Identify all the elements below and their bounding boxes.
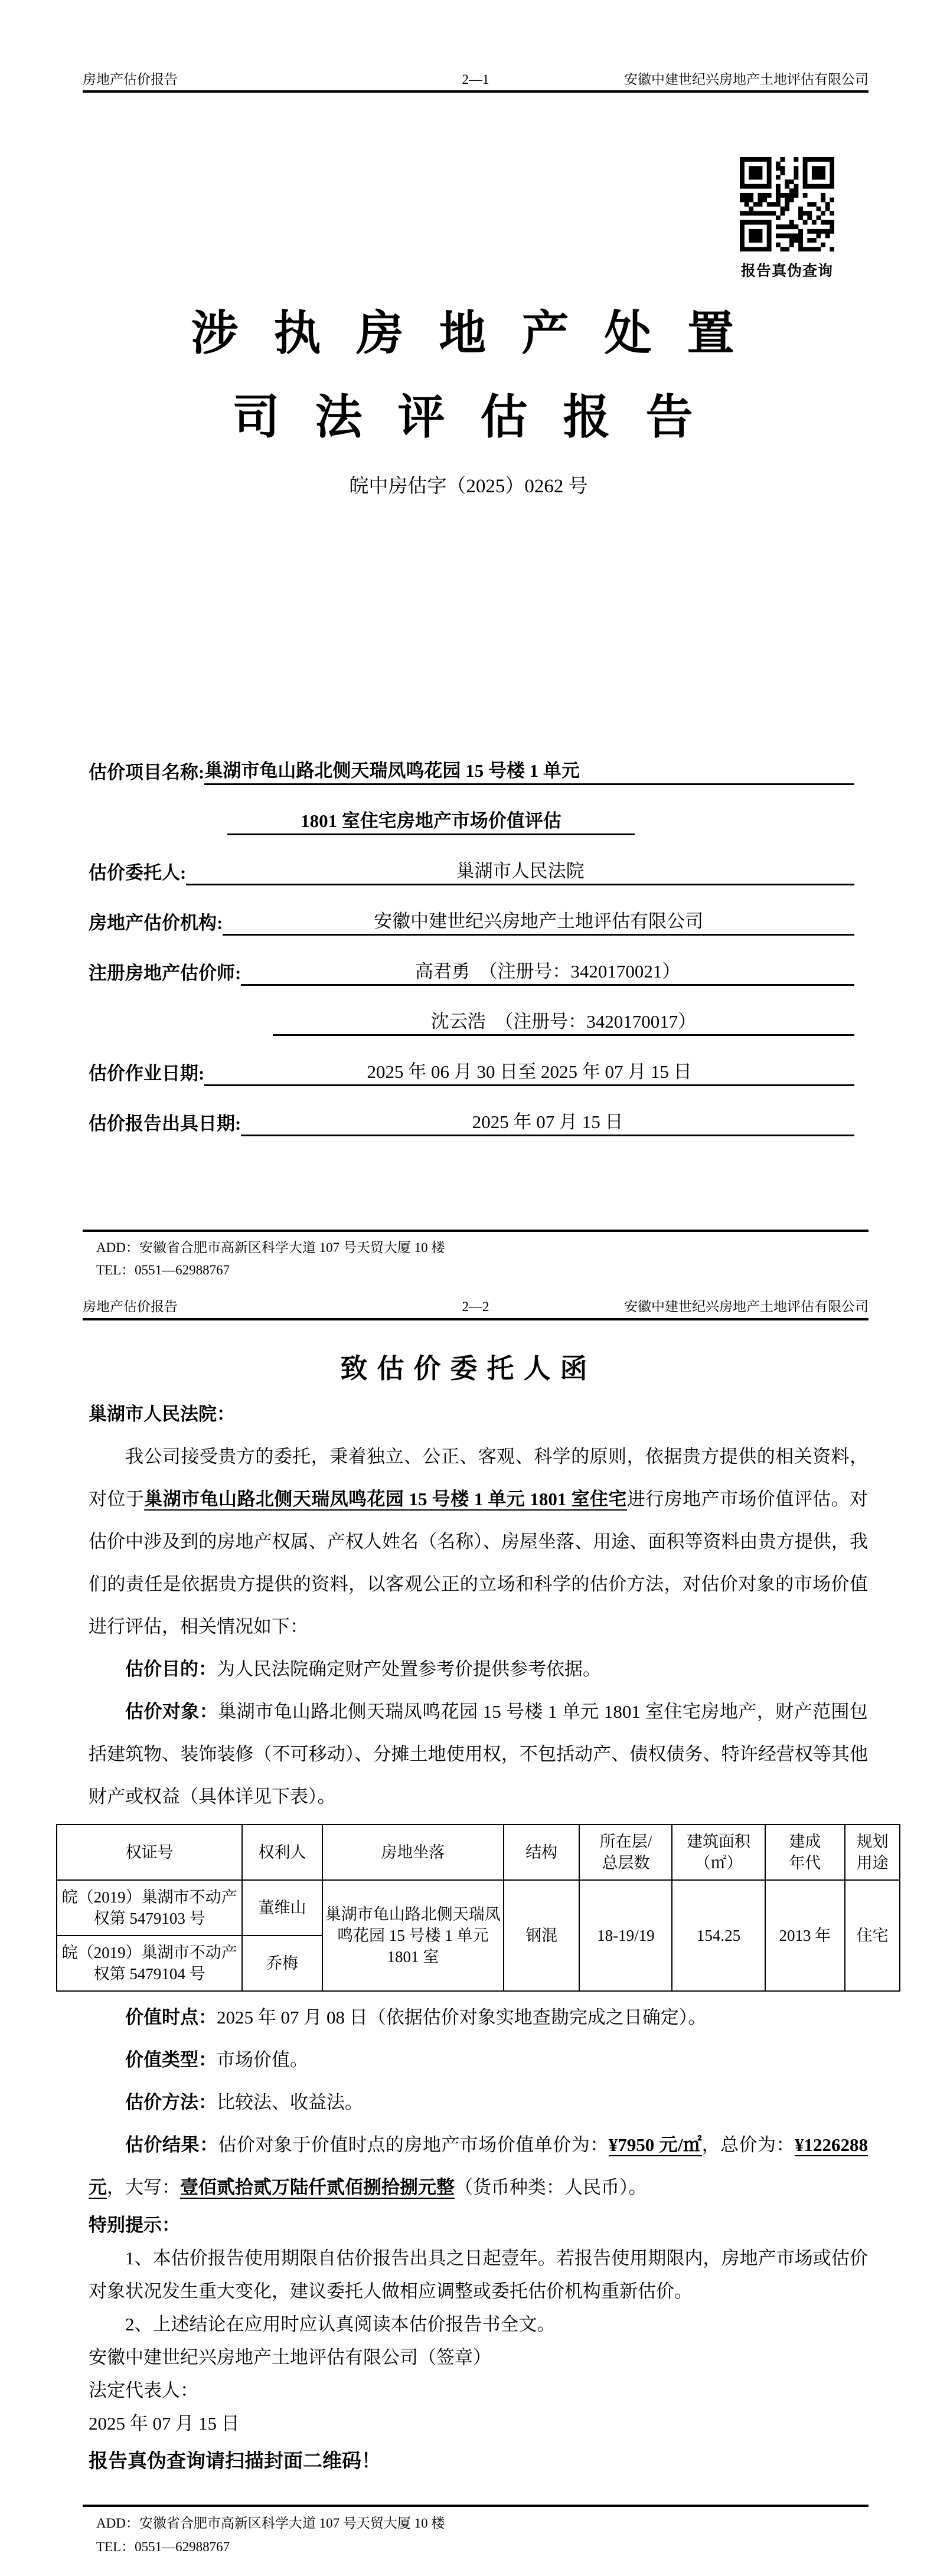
result-pre: 估价对象于价值时点的房地产市场价值单价为： (218, 2134, 608, 2155)
footer-phone: TEL：0551—62988767 (96, 2536, 230, 2555)
field-value: 高君勇 （注册号：3420170021） (241, 956, 854, 986)
purpose-line: 估价目的：为人民法院确定财产处置参考价提供参考依据。 (89, 1648, 868, 1691)
value-type-text: 市场价值。 (217, 2049, 308, 2070)
header-rule (83, 90, 869, 93)
col-area: 建筑面积 （㎡） (672, 1825, 765, 1880)
cell-year: 2013 年 (765, 1880, 845, 1991)
header-company: 安徽中建世纪兴房地产土地评估有限公司 (489, 68, 869, 88)
field-project-name-line2: 1801 室住宅房地产市场价值评估 (89, 807, 854, 835)
col-owner: 权利人 (242, 1825, 322, 1880)
value-date-label: 价值时点： (125, 2007, 217, 2028)
cell-owner-2: 乔梅 (242, 1936, 322, 1991)
header-doc-type: 房地产估价报告 (83, 1296, 462, 1315)
field-agency: 房地产估价机构: 安徽中建世纪兴房地产土地评估有限公司 (89, 907, 854, 936)
letter-salutation: 巢湖市人民法院： (89, 1393, 868, 1436)
result-label: 估价结果： (125, 2134, 218, 2155)
field-issue-date: 估价报告出具日期: 2025 年 07 月 15 日 (89, 1108, 854, 1136)
field-value: 2025 年 06 月 30 日至 2025 年 07 月 15 日 (204, 1057, 854, 1086)
notice-label: 特别提示： (89, 2209, 868, 2242)
col-structure: 结构 (504, 1825, 580, 1880)
field-label: 估价项目名称: (89, 757, 204, 785)
field-value: 2025 年 07 月 15 日 (241, 1107, 854, 1136)
field-label: 估价报告出具日期: (89, 1109, 241, 1136)
report-title-line2: 司 法 评 估 报 告 (233, 392, 705, 444)
field-appraiser-2: 沈云浩 （注册号：3420170017） (89, 1008, 854, 1036)
cell-owner-1: 董维山 (242, 1880, 322, 1936)
footer-address: ADD：安徽省合肥市高新区科学大道 107 号天贸大厦 10 楼 (96, 1237, 445, 1256)
col-use: 规划 用途 (845, 1825, 900, 1880)
result-mid2: ，大写： (107, 2177, 180, 2198)
legal-representative: 法定代表人： (89, 2374, 868, 2407)
para1-post: 进行房地产市场价值评估。对估价中涉及到的房地产权属、产权人姓名（名称）、房屋坐落… (89, 1489, 868, 1637)
value-type-label: 价值类型： (125, 2049, 217, 2070)
doc-number: 皖中房估字（2025）0262 号 (0, 470, 937, 498)
signature-date: 2025 年 07 月 15 日 (89, 2407, 868, 2440)
field-appraiser-1: 注册房地产估价师: 高君勇 （注册号：3420170021） (89, 957, 854, 986)
field-label: 估价作业日期: (89, 1058, 204, 1086)
qr-block: 报告真伪查询 (740, 157, 834, 280)
purpose-label: 估价目的： (125, 1659, 217, 1679)
letter-paragraph-1: 我公司接受贵方的委托，秉着独立、公正、客观、科学的原则，依据贵方提供的相关资料，… (89, 1436, 868, 1648)
cover-fields: 估价项目名称: 巢湖市龟山路北侧天瑞凤鸣花园 15 号楼 1 单元 1801 室… (89, 757, 854, 1158)
field-value: 巢湖市人民法院 (186, 856, 854, 885)
subject-line: 估价对象：巢湖市龟山路北侧天瑞凤鸣花园 15 号楼 1 单元 1801 室住宅房… (89, 1691, 868, 1818)
notices-signature-section: 特别提示： 1、本估价报告使用期限自估价报告出具之日起壹年。若报告使用期限内，房… (89, 2209, 868, 2440)
field-value: 巢湖市龟山路北侧天瑞凤鸣花园 15 号楼 1 单元 (204, 756, 854, 785)
field-project-name: 估价项目名称: 巢湖市龟山路北侧天瑞凤鸣花园 15 号楼 1 单元 (89, 757, 854, 785)
field-label: 注册房地产估价师: (89, 958, 241, 986)
purpose-text: 为人民法院确定财产处置参考价提供参考依据。 (217, 1659, 601, 1679)
field-value: 1801 室住宅房地产市场价值评估 (227, 806, 635, 835)
footer-rule (83, 1230, 869, 1232)
field-value: 安徽中建世纪兴房地产土地评估有限公司 (223, 906, 854, 936)
method-text: 比较法、收益法。 (217, 2092, 363, 2113)
report-page: 房地产估价报告 2—1 安徽中建世纪兴房地产土地评估有限公司 报告真伪查询 涉 … (0, 0, 937, 2576)
letter-body: 巢湖市人民法院： 我公司接受贵方的委托，秉着独立、公正、客观、科学的原则，依据贵… (89, 1393, 868, 2483)
col-location: 房地坐落 (322, 1825, 504, 1880)
cell-use: 住宅 (845, 1880, 900, 1991)
field-client: 估价委托人: 巢湖市人民法院 (89, 857, 854, 885)
subject-table: 权证号 权利人 房地坐落 结构 所在层/ 总层数 建筑面积 （㎡） 建成 年代 … (56, 1824, 900, 1992)
report-title: 涉 执 房 地 产 处 置司 法 评 估 报 告 (0, 292, 937, 460)
field-label: 房地产估价机构: (89, 908, 223, 936)
cell-cert-2: 皖（2019）巢湖市不动产权第 5479104 号 (57, 1936, 242, 1991)
qr-code (740, 157, 834, 251)
footer-phone: TEL：0551—62988767 (96, 1259, 230, 1279)
table-row: 皖（2019）巢湖市不动产权第 5479103 号 董维山 巢湖市龟山路北侧天瑞… (57, 1880, 900, 1936)
page1-header: 房地产估价报告 2—1 安徽中建世纪兴房地产土地评估有限公司 (83, 68, 869, 88)
letter-title: 致估价委托人函 (0, 1347, 937, 1386)
page2-header: 房地产估价报告 2—2 安徽中建世纪兴房地产土地评估有限公司 (83, 1296, 869, 1315)
result-mid: ，总价为： (702, 2134, 795, 2155)
cell-area: 154.25 (672, 1880, 765, 1991)
qr-scan-note: 报告真伪查询请扫描封面二维码！ (89, 2440, 868, 2483)
result-unit-price: ¥7950 元/㎡ (609, 2134, 702, 2156)
field-label: 估价委托人: (89, 858, 186, 885)
cell-floor: 18-19/19 (579, 1880, 672, 1991)
para1-address: 巢湖市龟山路北侧天瑞凤鸣花园 15 号楼 1 单元 1801 室住宅 (144, 1489, 627, 1511)
notice-item-2: 2、上述结论在应用时应认真阅读本估价报告书全文。 (89, 2308, 868, 2341)
subject-label: 估价对象： (125, 1701, 218, 1722)
header-company: 安徽中建世纪兴房地产土地评估有限公司 (489, 1296, 869, 1315)
method-line: 估价方法：比较法、收益法。 (89, 2081, 868, 2124)
footer-address: ADD：安徽省合肥市高新区科学大道 107 号天贸大厦 10 楼 (96, 2512, 445, 2532)
signature-company: 安徽中建世纪兴房地产土地评估有限公司（签章） (89, 2341, 868, 2374)
header-rule (83, 1318, 869, 1320)
cell-location: 巢湖市龟山路北侧天瑞凤鸣花园 15 号楼 1 单元 1801 室 (322, 1880, 504, 1991)
cell-structure: 钢混 (504, 1880, 580, 1991)
report-title-line1: 涉 执 房 地 产 处 置 (191, 308, 746, 360)
value-date-text: 2025 年 07 月 08 日（依据估价对象实地查勘完成之日确定）。 (217, 2007, 706, 2028)
header-doc-type: 房地产估价报告 (83, 68, 462, 88)
value-date-line: 价值时点：2025 年 07 月 08 日（依据估价对象实地查勘完成之日确定）。 (89, 1996, 868, 2039)
table-header-row: 权证号 权利人 房地坐落 结构 所在层/ 总层数 建筑面积 （㎡） 建成 年代 … (57, 1825, 900, 1880)
col-cert: 权证号 (57, 1825, 242, 1880)
result-line: 估价结果：估价对象于价值时点的房地产市场价值单价为：¥7950 元/㎡，总价为：… (89, 2124, 868, 2209)
field-value: 沈云浩 （注册号：3420170017） (273, 1006, 854, 1036)
footer-rule (83, 2505, 869, 2507)
result-post: （货币种类：人民币）。 (455, 2177, 647, 2198)
result-caps: 壹佰贰拾贰万陆仟贰佰捌拾捌元整 (180, 2177, 455, 2199)
cell-cert-1: 皖（2019）巢湖市不动产权第 5479103 号 (57, 1880, 242, 1936)
col-floor: 所在层/ 总层数 (579, 1825, 672, 1880)
method-label: 估价方法： (125, 2092, 217, 2113)
value-type-line: 价值类型：市场价值。 (89, 2039, 868, 2081)
field-work-date: 估价作业日期: 2025 年 06 月 30 日至 2025 年 07 月 15… (89, 1058, 854, 1086)
header-page-number: 2—2 (462, 1299, 489, 1315)
header-page-number: 2—1 (462, 72, 489, 87)
qr-caption: 报告真伪查询 (740, 259, 834, 280)
col-year: 建成 年代 (765, 1825, 845, 1880)
notice-item-1: 1、本估价报告使用期限自估价报告出具之日起壹年。若报告使用期限内，房地产市场或估… (89, 2242, 868, 2308)
